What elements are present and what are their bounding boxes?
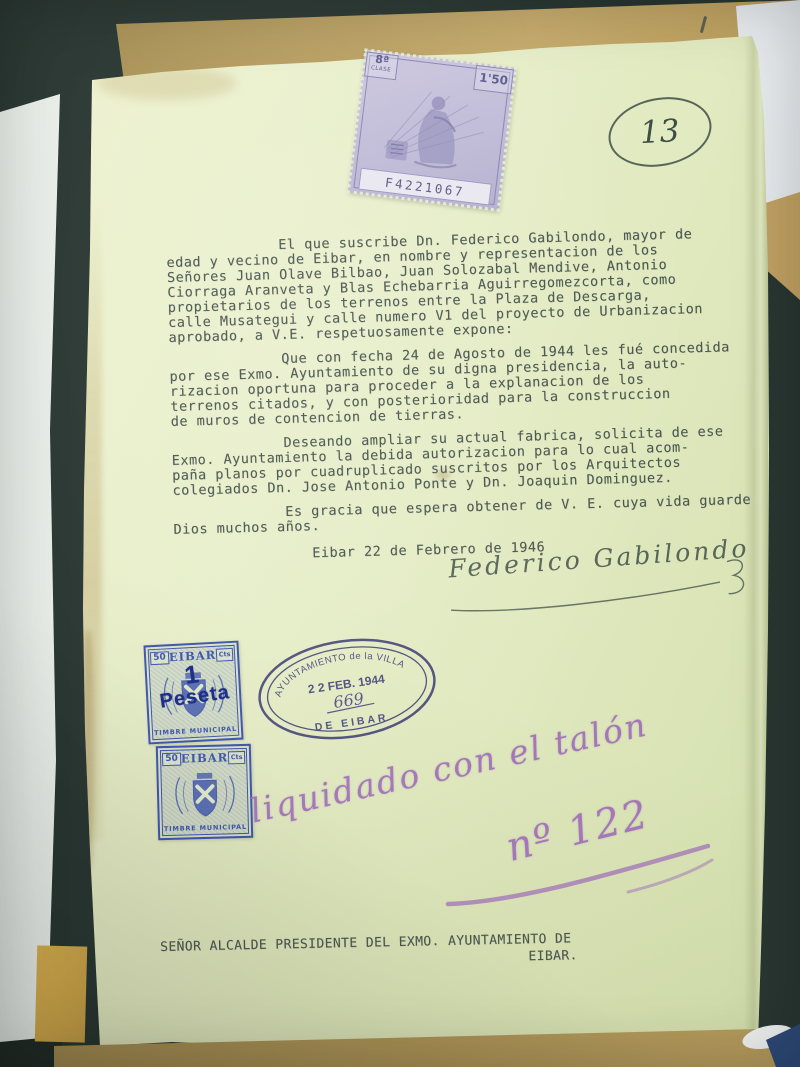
archival-photo: 8ª CLASE 1'50 F4221067 13 El que [0,0,800,1067]
photo-lighting-overlay [0,0,800,1067]
